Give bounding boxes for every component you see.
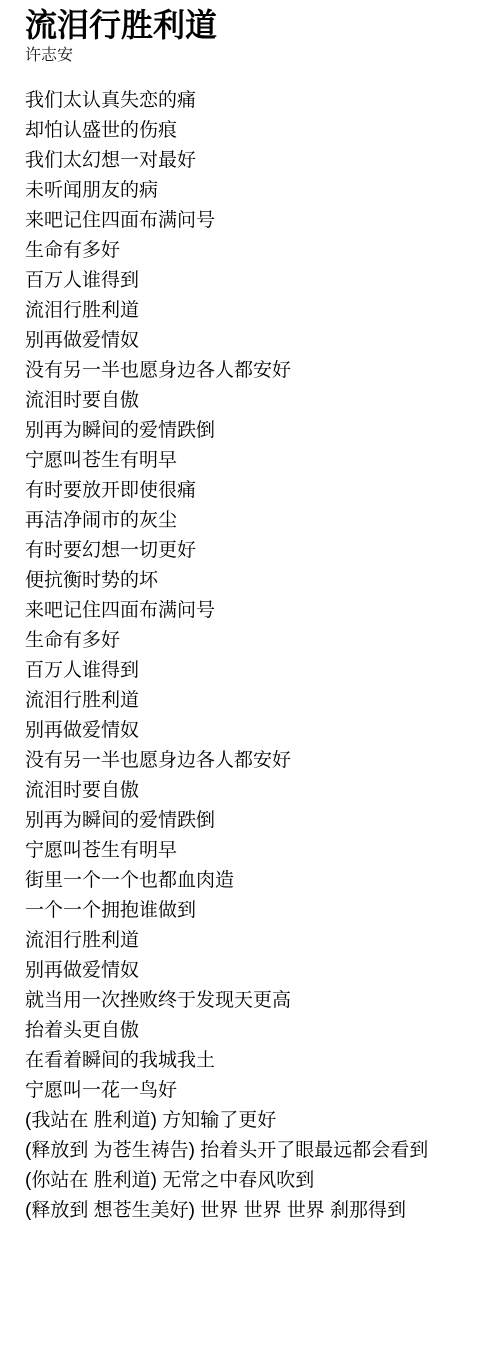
lyric-line: 百万人谁得到 bbox=[25, 266, 475, 296]
lyric-line: 没有另一半也愿身边各人都安好 bbox=[25, 746, 475, 776]
lyric-line: 没有另一半也愿身边各人都安好 bbox=[25, 356, 475, 386]
lyric-line: 别再做爱情奴 bbox=[25, 326, 475, 356]
lyric-line: 街里一个一个也都血肉造 bbox=[25, 866, 475, 896]
lyric-line: (你站在 胜利道) 无常之中春风吹到 bbox=[25, 1166, 475, 1196]
lyric-line: 我们太认真失恋的痛 bbox=[25, 86, 475, 116]
lyric-line: 我们太幻想一对最好 bbox=[25, 146, 475, 176]
lyric-line: 生命有多好 bbox=[25, 236, 475, 266]
lyric-line: 未听闻朋友的病 bbox=[25, 176, 475, 206]
lyric-line: (释放到 想苍生美好) 世界 世界 世界 刹那得到 bbox=[25, 1196, 475, 1226]
lyric-line: 有时要放开即使很痛 bbox=[25, 476, 475, 506]
lyrics-body: 我们太认真失恋的痛却怕认盛世的伤痕我们太幻想一对最好未听闻朋友的病来吧记住四面布… bbox=[25, 86, 475, 1226]
lyric-line: 流泪时要自傲 bbox=[25, 776, 475, 806]
lyric-line: 一个一个拥抱谁做到 bbox=[25, 896, 475, 926]
lyric-line: 别再为瞬间的爱情跌倒 bbox=[25, 806, 475, 836]
lyric-line: 生命有多好 bbox=[25, 626, 475, 656]
page-title: 流泪行胜利道 bbox=[25, 6, 475, 44]
artist-name: 许志安 bbox=[25, 46, 475, 66]
lyric-line: 宁愿叫苍生有明早 bbox=[25, 446, 475, 476]
lyric-line: 来吧记住四面布满问号 bbox=[25, 596, 475, 626]
lyric-line: (释放到 为苍生祷告) 抬着头开了眼最远都会看到 bbox=[25, 1136, 475, 1166]
lyric-line: 别再做爱情奴 bbox=[25, 956, 475, 986]
lyric-line: 便抗衡时势的坏 bbox=[25, 566, 475, 596]
lyric-line: 再洁净闹市的灰尘 bbox=[25, 506, 475, 536]
lyric-line: 流泪行胜利道 bbox=[25, 296, 475, 326]
lyric-line: 来吧记住四面布满问号 bbox=[25, 206, 475, 236]
lyrics-page: 流泪行胜利道 许志安 我们太认真失恋的痛却怕认盛世的伤痕我们太幻想一对最好未听闻… bbox=[0, 0, 500, 1226]
lyric-line: 别再做爱情奴 bbox=[25, 716, 475, 746]
lyric-line: 别再为瞬间的爱情跌倒 bbox=[25, 416, 475, 446]
lyric-line: 却怕认盛世的伤痕 bbox=[25, 116, 475, 146]
lyric-line: 就当用一次挫败终于发现天更高 bbox=[25, 986, 475, 1016]
lyric-line: 宁愿叫一花一鸟好 bbox=[25, 1076, 475, 1106]
lyric-line: 流泪行胜利道 bbox=[25, 926, 475, 956]
lyric-line: 流泪时要自傲 bbox=[25, 386, 475, 416]
lyric-line: 在看着瞬间的我城我土 bbox=[25, 1046, 475, 1076]
lyric-line: 流泪行胜利道 bbox=[25, 686, 475, 716]
lyric-line: 有时要幻想一切更好 bbox=[25, 536, 475, 566]
lyric-line: 百万人谁得到 bbox=[25, 656, 475, 686]
lyric-line: (我站在 胜利道) 方知输了更好 bbox=[25, 1106, 475, 1136]
lyric-line: 宁愿叫苍生有明早 bbox=[25, 836, 475, 866]
lyric-line: 抬着头更自傲 bbox=[25, 1016, 475, 1046]
